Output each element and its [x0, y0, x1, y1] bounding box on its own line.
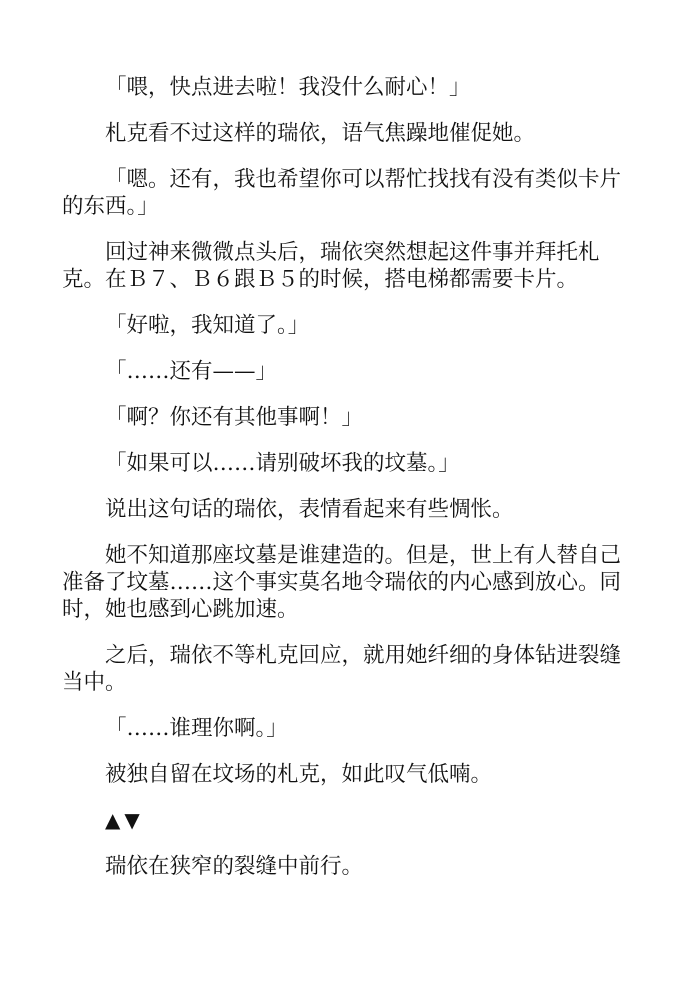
- paragraph: 「嗯。还有，我也希望你可以帮忙找找有没有类似卡片的东西。」: [62, 166, 638, 220]
- paragraph: 札克看不过这样的瑞依，语气焦躁地催促她。: [62, 120, 638, 147]
- paragraph: 「喂，快点进去啦！我没什么耐心！」: [62, 74, 638, 101]
- paragraph: 瑞依在狭窄的裂缝中前行。: [62, 853, 638, 880]
- paragraph: 「……谁理你啊。」: [62, 715, 638, 742]
- paragraph: 回过神来微微点头后，瑞依突然想起这件事并拜托札克。在Ｂ７、Ｂ６跟Ｂ５的时候，搭电…: [62, 239, 638, 293]
- document-page: 「喂，快点进去啦！我没什么耐心！」 札克看不过这样的瑞依，语气焦躁地催促她。 「…: [62, 74, 638, 899]
- paragraph: 「啊？你还有其他事啊！」: [62, 404, 638, 431]
- section-break-triangles-icon: ▲▼: [62, 807, 638, 834]
- paragraph: 被独自留在坟场的札克，如此叹气低喃。: [62, 761, 638, 788]
- paragraph: 之后，瑞依不等札克回应，就用她纤细的身体钻进裂缝当中。: [62, 642, 638, 696]
- paragraph: 「如果可以……请别破坏我的坟墓。」: [62, 450, 638, 477]
- paragraph: 「……还有——」: [62, 358, 638, 385]
- paragraph: 说出这句话的瑞依，表情看起来有些惆怅。: [62, 496, 638, 523]
- paragraph: 「好啦，我知道了。」: [62, 312, 638, 339]
- paragraph: 她不知道那座坟墓是谁建造的。但是，世上有人替自己准备了坟墓……这个事实莫名地令瑞…: [62, 542, 638, 623]
